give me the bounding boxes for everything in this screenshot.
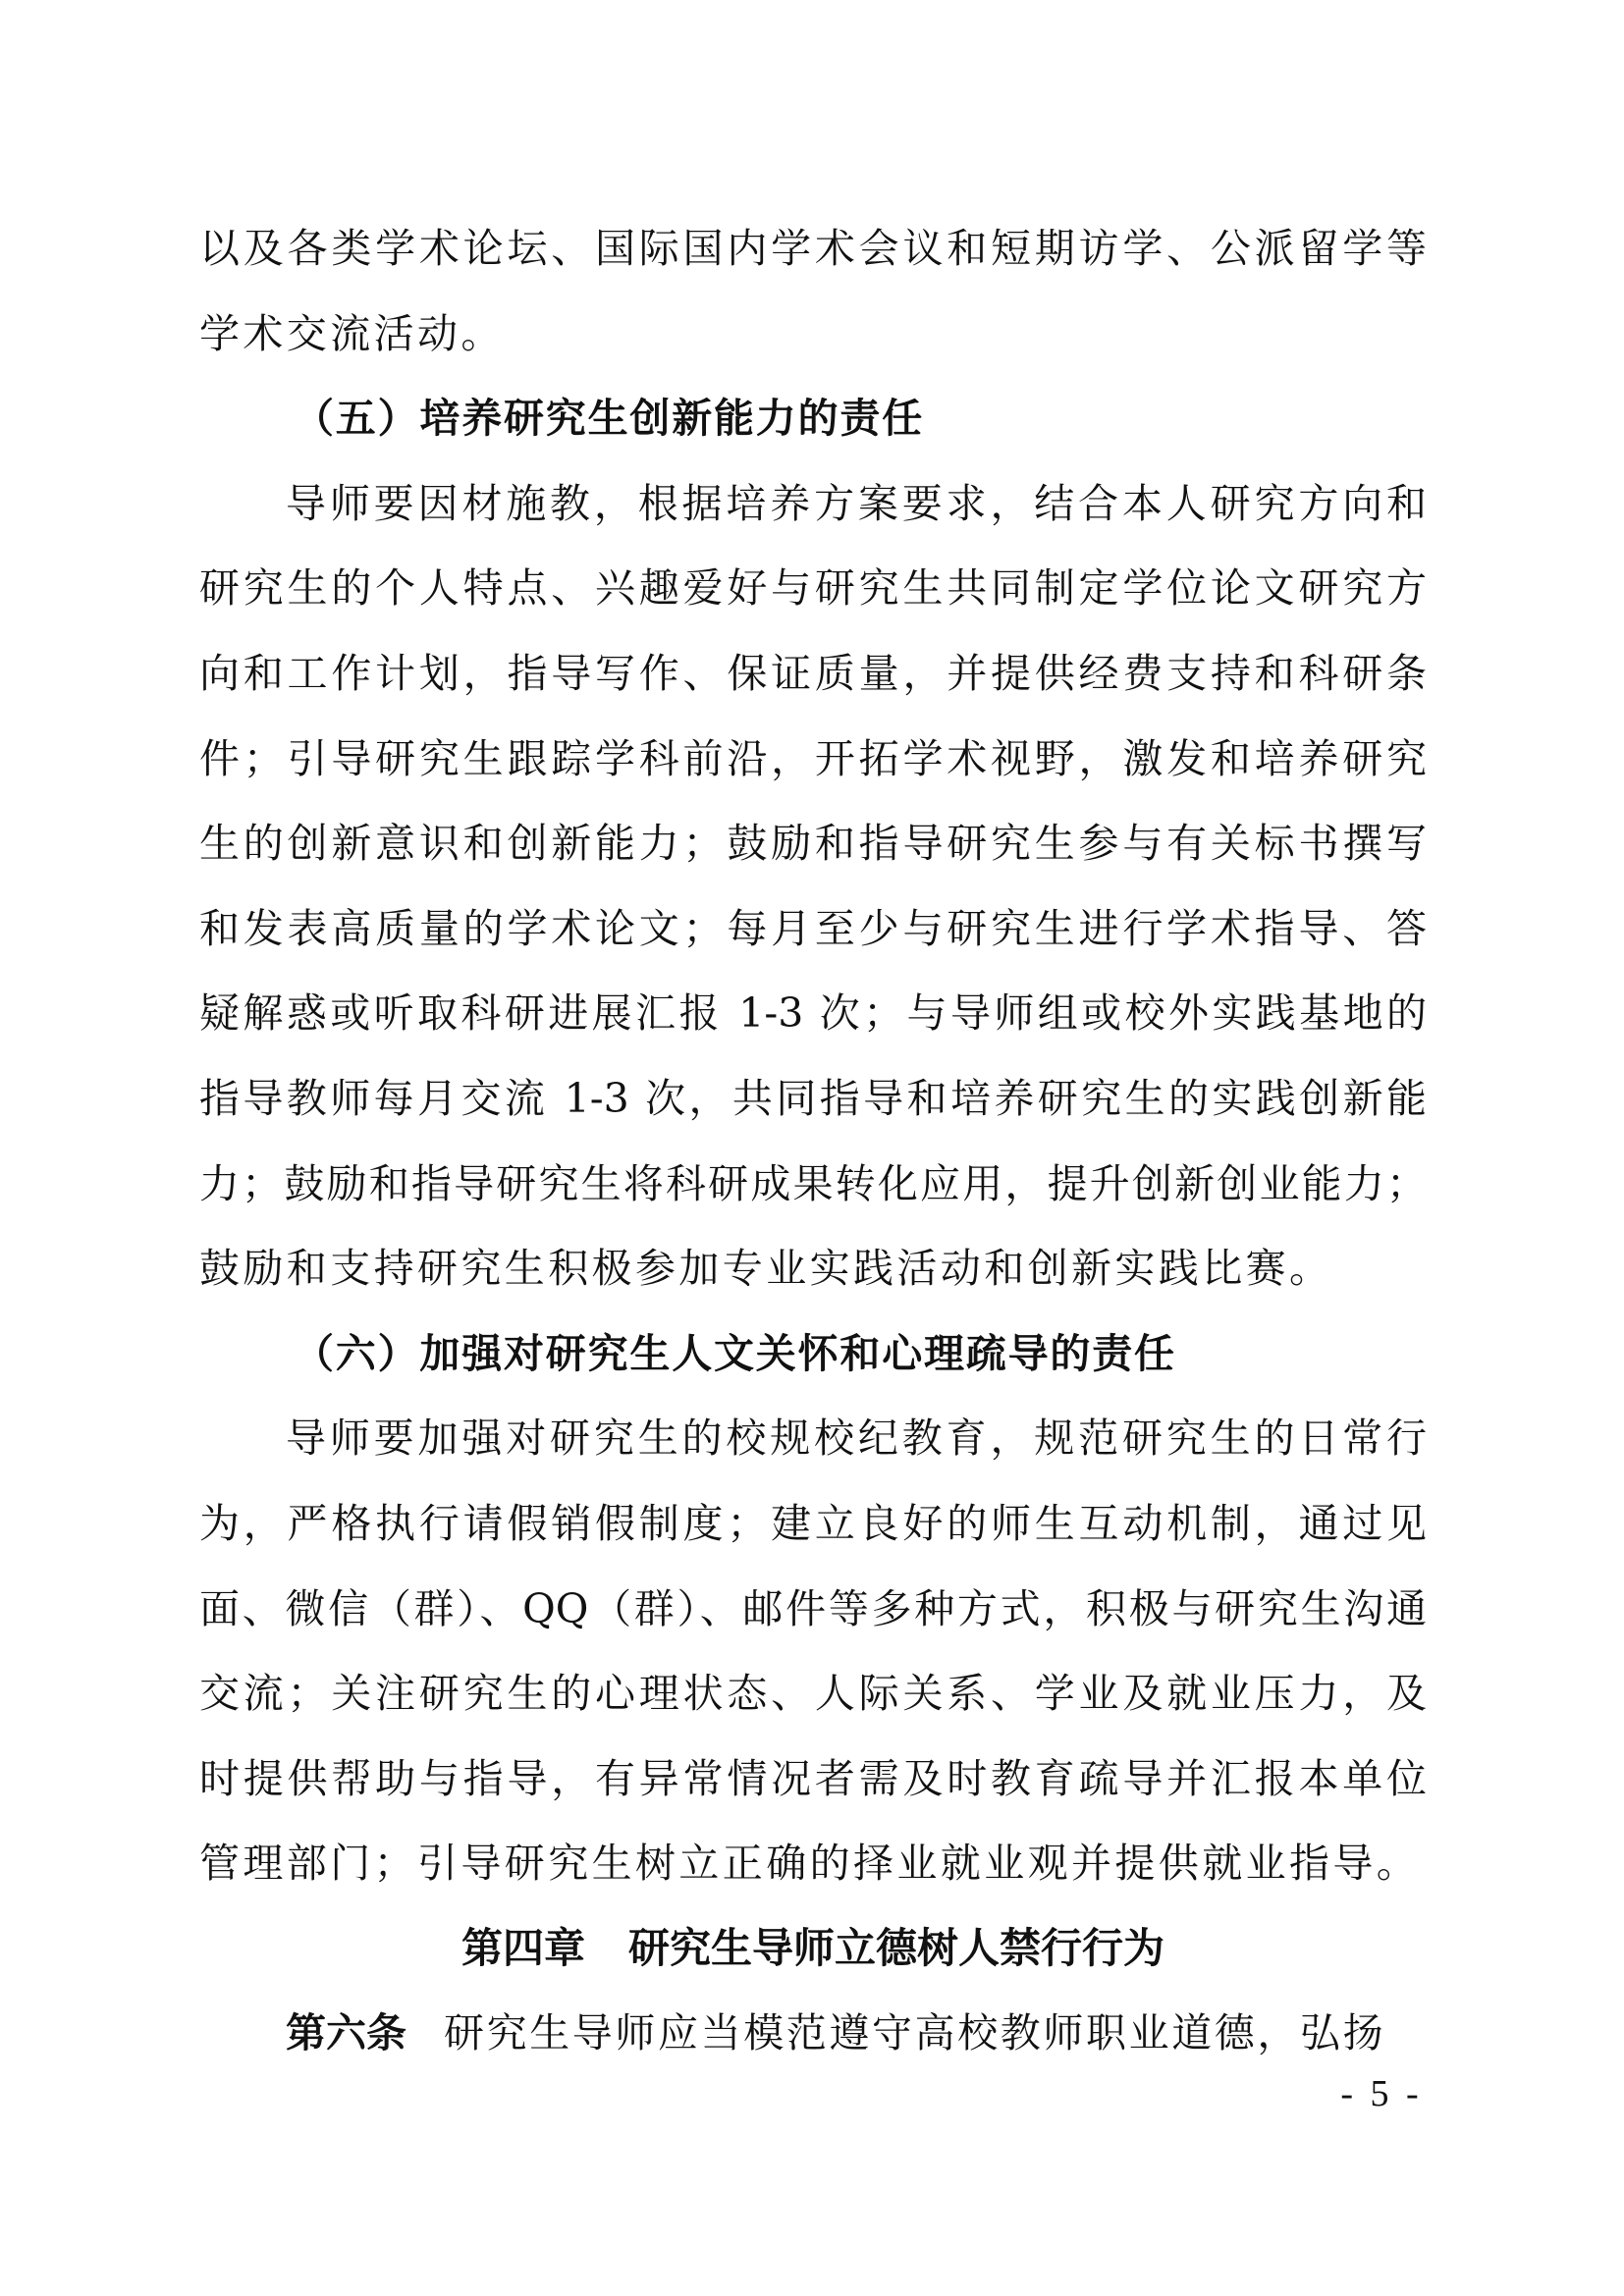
body-line: 交流；关注研究生的心理状态、人际关系、学业及就业压力，及 bbox=[199, 1651, 1427, 1736]
body-line: 学术交流活动。 bbox=[199, 292, 1427, 377]
body-line: 为，严格执行请假销假制度；建立良好的师生互动机制，通过见 bbox=[199, 1481, 1427, 1567]
body-line: 导师要加强对研究生的校规校纪教育，规范研究生的日常行 bbox=[199, 1396, 1427, 1481]
chapter-heading: 第四章研究生导师立德树人禁行行为 bbox=[199, 1906, 1427, 1992]
page-number: - 5 - bbox=[1327, 2069, 1435, 2118]
body-line: 以及各类学术论坛、国际国内学术会议和短期访学、公派留学等 bbox=[199, 206, 1427, 292]
body-line: 面、微信（群）、QQ（群）、邮件等多种方式，积极与研究生沟通 bbox=[199, 1567, 1427, 1652]
body-line: 件；引导研究生跟踪学科前沿，开拓学术视野，激发和培养研究 bbox=[199, 717, 1427, 802]
body-line: 管理部门；引导研究生树立正确的择业就业观并提供就业指导。 bbox=[199, 1821, 1427, 1906]
body-line: 研究生的个人特点、兴趣爱好与研究生共同制定学位论文研究方 bbox=[199, 546, 1427, 631]
body-line: 疑解惑或听取科研进展汇报 1-3 次；与导师组或校外实践基地的 bbox=[199, 971, 1427, 1056]
body-line: 生的创新意识和创新能力；鼓励和指导研究生参与有关标书撰写 bbox=[199, 801, 1427, 886]
document-page: 以及各类学术论坛、国际国内学术会议和短期访学、公派留学等 学术交流活动。 （五）… bbox=[0, 0, 1624, 2296]
section-heading-6: （六）加强对研究生人文关怀和心理疏导的责任 bbox=[199, 1311, 1427, 1397]
chapter-title: 研究生导师立德树人禁行行为 bbox=[628, 1924, 1164, 1972]
chapter-number: 第四章 bbox=[461, 1924, 585, 1972]
article-6: 第六条研究生导师应当模范遵守高校教师职业道德，弘扬 bbox=[199, 1991, 1427, 2076]
body-line: 力；鼓励和指导研究生将科研成果转化应用，提升创新创业能力； bbox=[199, 1142, 1427, 1227]
section-heading-5: （五）培养研究生创新能力的责任 bbox=[199, 376, 1427, 461]
body-line: 指导教师每月交流 1-3 次，共同指导和培养研究生的实践创新能 bbox=[199, 1056, 1427, 1142]
body-line: 导师要因材施教，根据培养方案要求，结合本人研究方向和 bbox=[199, 461, 1427, 547]
article-label: 第六条 bbox=[286, 2009, 406, 2056]
body-line: 向和工作计划，指导写作、保证质量，并提供经费支持和科研条 bbox=[199, 631, 1427, 717]
body-line: 时提供帮助与指导，有异常情况者需及时教育疏导并汇报本单位 bbox=[199, 1736, 1427, 1822]
document-body: 以及各类学术论坛、国际国内学术会议和短期访学、公派留学等 学术交流活动。 （五）… bbox=[199, 206, 1427, 2076]
body-line: 鼓励和支持研究生积极参加专业实践活动和创新实践比赛。 bbox=[199, 1226, 1427, 1311]
article-text: 研究生导师应当模范遵守高校教师职业道德，弘扬 bbox=[444, 2009, 1385, 2056]
body-line: 和发表高质量的学术论文；每月至少与研究生进行学术指导、答 bbox=[199, 886, 1427, 972]
